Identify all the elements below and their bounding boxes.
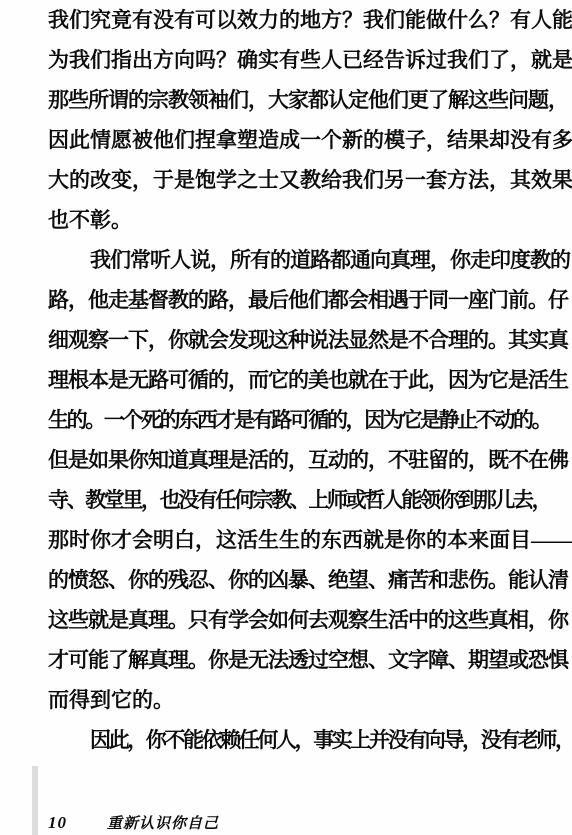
body-text-line: 我们常听人说，所有的道路都通向真理，你走印度教的 (48, 240, 572, 280)
paragraph: 因此，你不能依赖任何人，事实上并没有向导，没有老师， (48, 720, 572, 760)
running-book-title: 重新认识你自己 (107, 812, 219, 833)
paragraph: 我们究竟有没有可以效力的地方？我们能做什么？有人能 为我们指出方向吗？确实有些人… (48, 0, 572, 240)
body-text-line: 那时你才会明白，这活生生的东西就是你的本来面目——你 (48, 520, 572, 560)
body-text-line: 但是如果你知道真理是活的，互动的，不驻留的，既不在佛 (48, 440, 572, 480)
body-text-line: 路，他走基督教的路，最后他们都会相遇于同一座门前。仔 (48, 280, 572, 320)
body-text-line: 这些就是真理。只有学会如何去观察生活中的这些真相，你 (48, 600, 572, 640)
body-text-line: 我们究竟有没有可以效力的地方？我们能做什么？有人能 (48, 0, 572, 40)
body-text-line: 因此，你不能依赖任何人，事实上并没有向导，没有老师， (48, 720, 572, 760)
body-text-line: 才可能了解真理。你是无法透过空想、文字障、期望或恐惧 (48, 640, 572, 680)
body-text-line: 而得到它的。 (48, 680, 572, 720)
body-text-line: 大的改变，于是饱学之士又教给我们另一套方法，其效果 (48, 160, 572, 200)
page-number: 10 (48, 813, 67, 833)
body-text-line: 的愤怒、你的残忍、你的凶暴、绝望、痛苦和悲伤。能认清 (48, 560, 572, 600)
body-text-line: 也不彰。 (48, 200, 572, 240)
body-text-line: 理根本是无路可循的，而它的美也就在于此，因为它是活生 (48, 360, 572, 400)
scan-shadow-artifact (32, 766, 38, 835)
body-text: 我们究竟有没有可以效力的地方？我们能做什么？有人能 为我们指出方向吗？确实有些人… (48, 0, 572, 760)
body-text-line: 寺、教堂里，也没有任何宗教、上师或哲人能领你到那儿去， (48, 480, 572, 520)
body-text-line: 生的。一个死的东西才是有路可循的，因为它是静止不动的。 (48, 400, 572, 440)
body-text-line: 那些所谓的宗教领袖们，大家都认定他们更了解这些问题， (48, 80, 572, 120)
page-footer: 10 重新认识你自己 (48, 812, 219, 832)
paragraph: 我们常听人说，所有的道路都通向真理，你走印度教的 路，他走基督教的路，最后他们都… (48, 240, 572, 720)
body-text-line: 为我们指出方向吗？确实有些人已经告诉过我们了，就是 (48, 40, 572, 80)
body-text-line: 细观察一下，你就会发现这种说法显然是不合理的。其实真 (48, 320, 572, 360)
book-page: 我们究竟有没有可以效力的地方？我们能做什么？有人能 为我们指出方向吗？确实有些人… (0, 0, 572, 835)
body-text-line: 因此情愿被他们捏拿塑造成一个新的模子，结果却没有多 (48, 120, 572, 160)
